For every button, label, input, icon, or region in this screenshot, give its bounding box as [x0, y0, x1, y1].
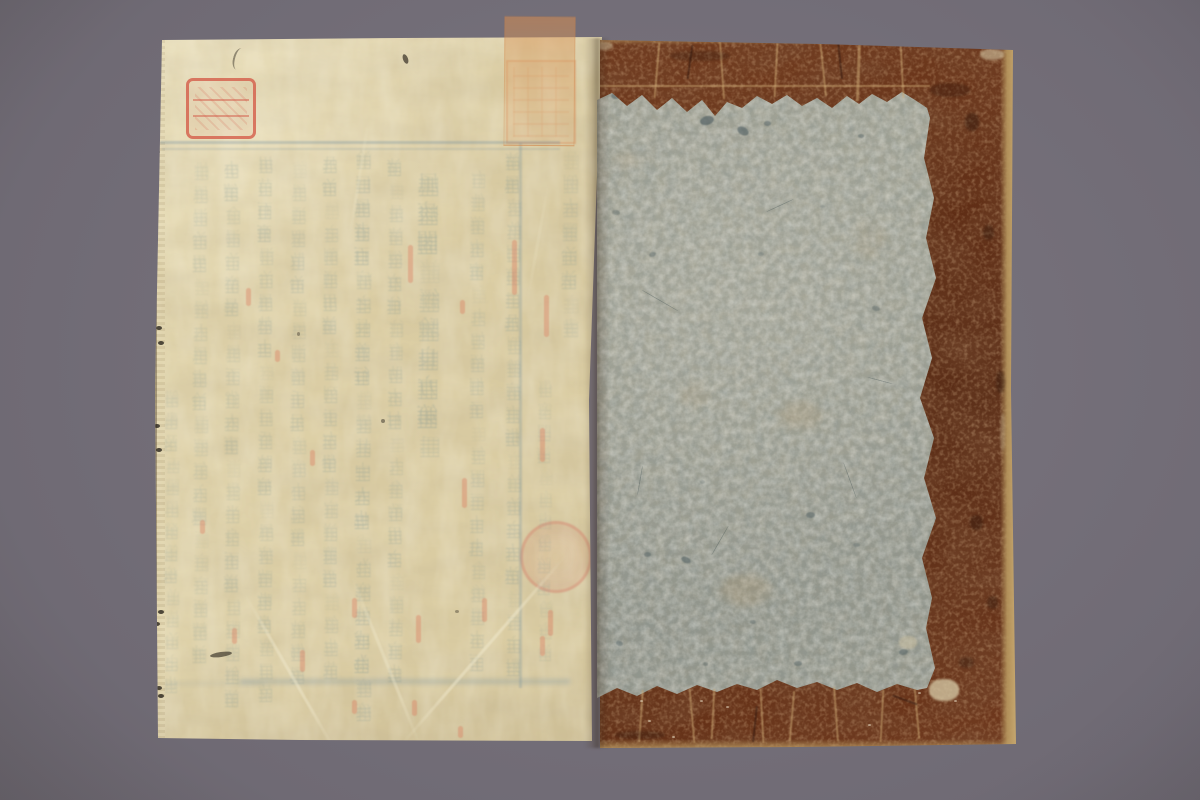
vermilion-mark: [460, 300, 465, 314]
bleed-text-column: 錯亂及五臟風發等疾並皆治之也: [163, 390, 181, 698]
leather-dark-blotch: [996, 371, 1005, 393]
bleed-char: 聖: [288, 229, 307, 252]
bleed-char: 痛: [254, 477, 273, 500]
bleed-char: 人: [222, 413, 241, 436]
ink-fleck: [230, 47, 247, 71]
bleed-char: 風: [191, 185, 210, 208]
bleed-char: 用: [385, 526, 404, 549]
leather-crack-light: [719, 41, 725, 99]
leather-dark-blotch: [959, 657, 974, 668]
leather-crack-light: [819, 40, 827, 96]
bleed-char: 子: [192, 277, 211, 300]
bleed-char: 例: [561, 174, 581, 198]
bleed-char: 方: [415, 375, 440, 404]
bleed-char: 省: [222, 390, 241, 413]
bleed-char: 也: [162, 676, 180, 698]
leather-white-speck: [640, 700, 643, 702]
leather-crack-dark: [752, 706, 758, 742]
leather-crack-light: [914, 689, 920, 739]
bleed-text-column: 凡例大醫治法之書: [560, 150, 580, 342]
bleed-char: 木: [385, 388, 404, 411]
leather-crack-light: [900, 42, 905, 98]
bleed-char: 之: [162, 654, 180, 676]
bleed-char: 或: [352, 630, 372, 654]
bleed-char: 末: [467, 239, 486, 262]
bleed-char: 小: [288, 482, 307, 505]
bleed-char: 足: [287, 413, 306, 436]
bleed-char: 病: [354, 270, 374, 294]
bleed-char: 之: [387, 434, 406, 457]
bleed-char: 邪: [191, 438, 210, 461]
bleed-char: 等: [162, 544, 180, 566]
ink-fleck: [401, 53, 409, 64]
leather-dark-blotch: [615, 731, 665, 739]
bleed-char: 食: [469, 561, 488, 584]
bleed-char: 語: [190, 599, 209, 622]
vermilion-mark: [200, 520, 205, 534]
bleed-char: 三: [467, 492, 486, 515]
bleed-char: 暴: [221, 298, 240, 321]
bleed-char: 續: [221, 183, 240, 206]
bleed-char: 方: [385, 273, 404, 296]
leather-dark-blotch: [970, 515, 983, 530]
bleed-char: 五: [164, 456, 182, 478]
bleed-char: 經: [416, 288, 441, 317]
bleed-ruled-line: [162, 148, 560, 150]
bleed-char: 驗: [416, 317, 441, 346]
bleed-char: 村: [384, 411, 403, 434]
bleed-char: 冷: [189, 392, 208, 415]
vermilion-mark: [246, 288, 251, 306]
bleed-char: 丸: [466, 538, 485, 561]
leather-crack-light: [689, 689, 696, 743]
paper-crease: [526, 182, 550, 301]
bleed-char: 痰: [256, 546, 275, 569]
bleed-char: 諸: [386, 227, 405, 250]
bleed-char: 昏: [255, 431, 274, 454]
bleed-char: 和: [469, 285, 488, 308]
bleed-char: 風: [290, 551, 309, 574]
bleed-char: 列: [321, 385, 340, 408]
leather-crack-light: [774, 43, 779, 97]
bleed-char: 有: [386, 342, 405, 365]
bleed-char: 寒: [536, 402, 554, 424]
bleed-char: 口: [387, 181, 406, 204]
seal-character-strokes: [195, 87, 247, 130]
edge-worm-speck: [156, 448, 162, 452]
bleed-char: 搐: [288, 367, 307, 390]
bleed-char: 學: [319, 454, 338, 477]
bleed-char: 漸: [224, 459, 243, 482]
faint-circular-seal: [520, 521, 592, 593]
bleed-char: 第: [414, 404, 439, 433]
bleed-char: 往: [384, 296, 403, 319]
orange-tape-repair: [503, 16, 575, 147]
vermilion-mark: [352, 700, 357, 714]
bleed-char: 言: [191, 553, 210, 576]
bleed-char: 數: [354, 390, 374, 414]
bleed-char: 治: [319, 178, 338, 201]
bleed-char: 忽: [321, 615, 340, 638]
leather-crack-light: [760, 689, 765, 743]
bleed-char: 書: [561, 318, 581, 342]
bleed-ruled-line: [240, 679, 570, 684]
bleed-char: 焉: [320, 569, 339, 592]
page-stack-edge-line: [155, 40, 157, 740]
bleed-char: 法: [559, 270, 579, 294]
bleed-char: 或: [354, 534, 374, 558]
bleed-char: 經: [385, 250, 404, 273]
bleed-char: 之: [321, 224, 340, 247]
bleed-char: 半: [223, 505, 242, 528]
bleed-char: 風: [163, 500, 181, 522]
leather-worn-patch: [1000, 413, 1005, 451]
bleed-char: 小: [222, 160, 241, 183]
bleed-char: 疾: [162, 566, 180, 588]
bleed-char: 治: [287, 275, 306, 298]
bleed-char: 手: [288, 390, 307, 413]
bleed-char: 通: [320, 270, 339, 293]
bleed-char: 之: [561, 294, 581, 318]
bleed-char: 之: [384, 549, 403, 572]
bleed-char: 潮: [289, 344, 308, 367]
bleed-char: 湯: [190, 208, 209, 231]
bleed-char: 眩: [255, 454, 274, 477]
bleed-char: 錯: [163, 390, 181, 412]
bleed-char: 每: [468, 446, 487, 469]
bleed-char: 虛: [190, 369, 209, 392]
leather-dark-blotch: [670, 51, 730, 61]
edge-worm-speck: [154, 738, 160, 742]
bleed-char: 閣: [414, 230, 439, 259]
bleed-text-column: 凡治風之劑通用諸方具列于左學者宜詳覽焉無忽也哉: [321, 155, 340, 684]
edge-worm-speck: [154, 150, 160, 154]
bleed-char: 左: [320, 431, 339, 454]
leather-dark-blotch: [983, 225, 994, 240]
leather-dark-blotch: [965, 113, 979, 131]
bleed-char: 及: [162, 434, 180, 456]
bleed-char: 者: [322, 477, 341, 500]
leather-crack-light: [711, 689, 716, 739]
leather-crack-light: [880, 690, 885, 742]
bleed-char: 風: [223, 344, 242, 367]
bleed-char: 劑: [321, 247, 340, 270]
leather-crack-light: [789, 691, 795, 741]
photo-antique-book: 凡例大醫治法之書傷寒門諸氣血虛勞咳嗽論方治諸風痰飲門第二凡例雜病直指方論治之大法…: [0, 0, 1200, 800]
bleed-char: 往: [387, 319, 406, 342]
bleed-char: 破: [288, 620, 307, 643]
bleed-char: 如: [468, 331, 487, 354]
bleed-char: 川: [256, 155, 275, 178]
bleed-char: 無: [322, 592, 341, 615]
leather-dark-blotch: [930, 83, 970, 97]
leather-worn-patch: [980, 49, 1004, 60]
bleed-char: 目: [256, 408, 275, 431]
bleed-char: 攻: [257, 362, 276, 385]
bleed-char: 喘: [255, 569, 274, 592]
bleed-char: 湯: [223, 229, 242, 252]
bleed-char: 治: [222, 252, 241, 275]
bleed-char: 良: [415, 346, 440, 375]
bleed-char: 勞: [536, 534, 554, 556]
bleed-char: 具: [321, 362, 340, 385]
edge-worm-speck: [156, 326, 162, 330]
leather-white-speck: [954, 700, 957, 702]
vermilion-mark: [482, 598, 487, 622]
bleed-char: 亂: [162, 412, 180, 434]
bleed-char: 入: [190, 484, 209, 507]
bleed-char: 散: [288, 252, 307, 275]
bleed-char: 臟: [164, 478, 182, 500]
bleed-char: 不: [222, 551, 241, 574]
vermilion-mark: [544, 295, 549, 337]
bleed-char: 桐: [467, 377, 486, 400]
bleed-char: 精: [190, 622, 209, 645]
edge-worm-speck: [158, 694, 164, 698]
bleed-char: 婦: [191, 300, 210, 323]
bleed-char: 氣: [191, 461, 210, 484]
bleed-char: 斜: [222, 666, 241, 689]
bleed-char: 男: [189, 254, 208, 277]
ink-fleck: [455, 610, 459, 613]
bleed-text-column: 論曰風者百病之長善行數變其中人也或為寒熱或為癱瘓: [353, 150, 373, 726]
bleed-char: 百: [352, 246, 372, 270]
bleed-char: 件: [468, 193, 487, 216]
leather-worn-patch: [899, 636, 917, 649]
vermilion-mark: [548, 610, 553, 636]
edge-worm-speck: [154, 424, 160, 428]
vermilion-mark: [310, 450, 315, 466]
bleed-char: 治: [163, 632, 181, 654]
vermilion-mark: [540, 428, 545, 462]
leather-white-speck: [648, 720, 651, 722]
bleed-char: 人: [191, 323, 210, 346]
bleed-char: 十: [467, 515, 486, 538]
bleed-char: 于: [320, 408, 339, 431]
leather-white-speck: [726, 706, 729, 708]
bleed-text-column: 川芎石膏湯治風熱上攻頭目昏眩痛悶風痰喘嗽鼻塞口乾: [256, 155, 275, 707]
bleed-char: 乾: [256, 684, 275, 707]
bleed-char: 善: [352, 342, 372, 366]
bleed-char: 凡: [562, 150, 582, 174]
bleed-char: 不: [223, 367, 242, 390]
bleed-char: 各: [387, 572, 406, 595]
bleed-char: 瘲: [289, 459, 308, 482]
bleed-char: 服: [468, 469, 487, 492]
edge-worm-speck: [158, 341, 164, 345]
bleed-char: 並: [164, 588, 182, 610]
bleed-char: 石: [255, 201, 274, 224]
bleed-char: 通: [289, 206, 308, 229]
bleed-char: 也: [321, 638, 340, 661]
leather-white-speck: [868, 724, 871, 726]
gutter-shadow: [584, 38, 610, 748]
bleed-char: 覽: [320, 546, 339, 569]
bleed-char: 行: [352, 366, 372, 390]
bleed-char: 大: [469, 423, 488, 446]
bleed-char: 治: [536, 644, 554, 666]
bleed-char: 風: [256, 523, 275, 546]
bleed-char: 右: [469, 170, 488, 193]
vermilion-mark: [275, 350, 280, 362]
bleed-char: 神: [189, 645, 208, 668]
bleed-char: 悶: [257, 500, 276, 523]
bleed-char: 藥: [468, 216, 487, 239]
bleed-char: 中: [224, 321, 243, 344]
bleed-char: 事: [221, 436, 240, 459]
vermilion-mark: [408, 245, 413, 283]
bleed-char: 驚: [287, 528, 306, 551]
bleed-char: 皆: [164, 610, 182, 632]
edge-worm-speck: [158, 610, 164, 614]
bleed-text-column: 風痰閣諸經驗良方第二: [416, 172, 441, 462]
bleed-char: 隨: [386, 595, 405, 618]
bleed-char: 濕: [192, 415, 211, 438]
vermilion-mark: [232, 628, 237, 644]
bleed-char: 之: [353, 294, 373, 318]
bleed-char: 妄: [191, 576, 210, 599]
bleed-char: 為: [352, 654, 372, 678]
bleed-char: 上: [254, 339, 273, 362]
bleed-char: 風: [415, 172, 440, 201]
red-rectangular-seal: [186, 78, 256, 139]
bleed-char: 頭: [256, 385, 275, 408]
bleed-char: 氣: [537, 468, 555, 490]
leather-crack-light: [654, 42, 661, 98]
bleed-text-column: 防風通聖散治諸風潮搐手足瘛瘲小兒驚風大人破傷風: [289, 160, 308, 689]
leather-crack-light: [833, 687, 839, 741]
bleed-char: 蜜: [466, 262, 485, 285]
bleed-char: 諸: [319, 316, 338, 339]
leather-white-speck: [700, 700, 703, 702]
bleed-char: 中: [353, 462, 373, 486]
bleed-text-column: 諸口是諸經方往往有助木村之人參酌用之各隨其宜也: [386, 158, 405, 687]
bleed-char: 詳: [321, 523, 340, 546]
ink-fleck: [297, 332, 300, 336]
bleed-char: 梧: [467, 354, 486, 377]
vermilion-mark: [462, 478, 467, 508]
bleed-char: 諸: [290, 298, 309, 321]
bleed-char: 酌: [385, 503, 404, 526]
bleed-char: 熱: [255, 316, 274, 339]
bleed-char: 嗽: [255, 592, 274, 615]
edge-worm-speck: [156, 686, 162, 690]
bleed-char: 發: [163, 522, 181, 544]
vermilion-mark: [540, 636, 545, 656]
bleed-char: 長: [353, 318, 373, 342]
bleed-char: 風: [289, 183, 308, 206]
bleed-char: 風: [256, 293, 275, 316]
bleed-char: 二: [417, 433, 442, 462]
bleed-char: 傷: [536, 380, 554, 402]
bleed-char: 者: [352, 222, 372, 246]
bleed-char: 防: [290, 160, 309, 183]
bleed-char: 風: [322, 201, 341, 224]
bleed-ruled-line: [165, 682, 265, 685]
vermilion-mark: [512, 240, 517, 295]
bleed-char: 覺: [223, 482, 242, 505]
bleed-text-column: 排風湯治男子婦人風虛冷濕邪氣入臟狂言妄語精神: [191, 162, 210, 668]
leather-worn-patch: [929, 679, 959, 701]
bleed-char: 身: [222, 528, 241, 551]
bleed-char: 丸: [468, 308, 487, 331]
bleed-char: 人: [352, 486, 372, 510]
bleed-char: 其: [386, 618, 405, 641]
bleed-char: 大: [289, 574, 308, 597]
bleed-char: 宜: [385, 641, 404, 664]
bleed-char: 也: [352, 510, 372, 534]
bleed-char: 血: [537, 490, 555, 512]
vermilion-mark: [416, 615, 421, 643]
bleed-char: 方: [322, 339, 341, 362]
bleed-char: 諸: [417, 259, 442, 288]
ink-fleck: [381, 419, 385, 423]
bleed-char: 湯: [257, 247, 276, 270]
bleed-ruled-line: [160, 141, 560, 144]
bleed-char: 凡: [320, 155, 339, 178]
bleed-char: 其: [353, 438, 373, 462]
bleed-char: 瘛: [290, 436, 309, 459]
bleed-char: 排: [191, 162, 210, 185]
bleed-char: 語: [221, 689, 240, 712]
bleed-char: 虛: [536, 512, 554, 534]
bleed-char: 命: [224, 206, 243, 229]
bleed-char: 參: [386, 480, 405, 503]
bleed-char: 醫: [560, 222, 580, 246]
bleed-char: 宜: [321, 500, 340, 523]
bleed-char: 人: [289, 597, 308, 620]
vermilion-mark: [300, 650, 305, 672]
leather-crack-light: [600, 85, 930, 87]
vermilion-mark: [412, 700, 417, 716]
bleed-char: 治: [559, 246, 579, 270]
vermilion-mark: [352, 598, 357, 618]
bleed-char: 大: [560, 198, 580, 222]
bleed-char: 為: [354, 558, 374, 582]
vermilion-mark: [458, 726, 463, 738]
bleed-char: 芎: [255, 178, 274, 201]
leather-dark-blotch: [987, 596, 998, 609]
bleed-char: 變: [354, 414, 374, 438]
leather-crack-light: [855, 39, 860, 101]
bleed-char: 風: [190, 346, 209, 369]
bleed-char: 遂: [221, 574, 240, 597]
leather-white-speck: [918, 692, 921, 694]
bleed-char: 治: [256, 270, 275, 293]
bleed-char: 助: [386, 365, 405, 388]
bleed-char: 膏: [254, 224, 273, 247]
bleed-char: 治: [190, 231, 209, 254]
bleed-char: 人: [386, 457, 405, 480]
leather-crack-dark: [837, 41, 843, 79]
leather-white-speck: [672, 736, 675, 738]
bleed-char: 兒: [288, 505, 307, 528]
bleed-char: 是: [386, 204, 405, 227]
bleed-char: 痰: [415, 201, 440, 230]
edge-worm-speck: [154, 622, 160, 626]
bleed-char: 子: [466, 400, 485, 423]
bleed-char: 口: [224, 597, 243, 620]
bleed-char: 用: [320, 293, 339, 316]
bleed-char: 諸: [384, 158, 403, 181]
bleed-char: 卒: [222, 275, 241, 298]
